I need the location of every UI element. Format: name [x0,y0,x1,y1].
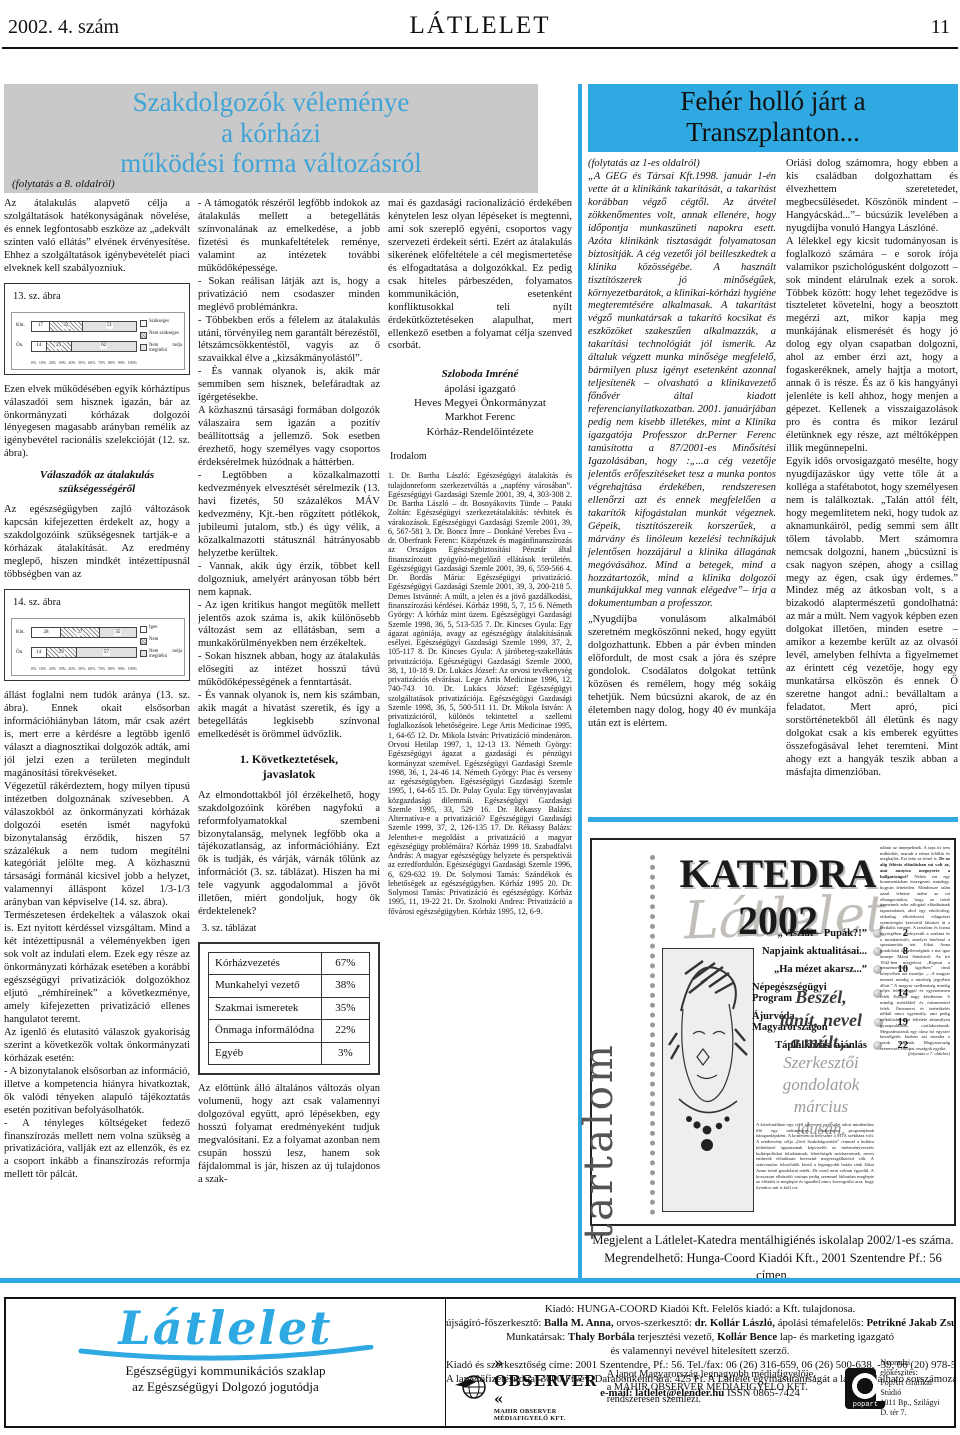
bar-category: Ön. [16,650,31,656]
table-row: Egyéb3% [209,1042,370,1065]
column2-paragraphs: Az elmondottakból jól érzékelhető, hogy … [198,790,380,920]
bar-category: Kht. [16,630,31,636]
legend-swatch [140,320,147,327]
column2-paragraphs: Az előttünk álló általános változás olya… [198,1083,380,1187]
table-row: Önmaga informálódna22% [209,1020,370,1043]
stacked-bar: 14 29 57 [31,647,137,658]
table-3: Kórházvezetés67% Munkahelyi vezető38% Sz… [208,952,370,1066]
header-rule [2,47,958,49]
popart-block: popart Nyomdai előkészítés: PopArt Grafi… [845,1358,948,1418]
stacked-bar: 14 24 62 [31,341,137,352]
masthead: LÁTLELET [0,12,960,40]
left-article-column-3: mai és gazdasági racionalizáció érdekébe… [388,198,572,1273]
legend-swatch [140,650,147,657]
signature-block: Szloboda Imréné ápolási igazgató Heves M… [388,367,572,438]
table-row: Kórházvezetés67% [209,952,370,975]
continuation-note-left: (folytatás a 8. oldalról) [12,178,115,190]
observer-globe-icon [454,1373,488,1404]
legend-swatch [140,638,147,645]
figure-14-caption: 14. sz. ábra [13,597,185,610]
literature-heading: Irodalom [390,451,572,463]
bar-category: Ön. [16,343,31,349]
footer-divider [0,1278,960,1283]
left-article-title-box: Szakdolgozók véleménye a kórházi működés… [4,84,538,193]
section-subhead: Válaszadók az átalakulás szükségességérő… [8,469,186,496]
figure-13-box: 13. sz. ábra Kht. 17 32 51 Ön. 14 24 62 [4,283,190,375]
left-article-column-1: Az átalakulás alapvető célja a szolgálta… [4,198,190,1273]
legend: Igen Nem Nem tudja megítélni [140,625,182,664]
katedra-fine-print-left: A közelmúltban egy civil szervezet egyes… [756,1122,874,1218]
legend-swatch [140,332,147,339]
page-number: 11 [931,16,950,39]
fine-print-continuation: (folytatás a 7. oldalon) [880,1051,950,1057]
popart-logo-icon: popart [845,1368,876,1408]
table-3-box: Kórházvezetés67% Munkahelyi vezető38% Sz… [198,942,380,1076]
popart-credit-lines: Nyomdai előkészítés: PopArt Grafikai Stú… [880,1358,948,1418]
popart-wordmark: popart [845,1401,885,1409]
table-3-caption: 3. sz. táblázat [202,923,380,935]
left-article-column-2: - A támogatók részéről legfőbb indokok a… [198,198,380,1273]
observer-company: MAHIR OBSERVER MÉDIAFIGYELŐ KFT. [494,1408,601,1422]
x-axis-ticks: 0%10%20%30%40%50%60%70%80%90%100% [31,667,137,672]
katedra-order-note: Megjelent a Látlelet-Katedra mentálhigié… [588,1232,958,1285]
observer-wordmark: » OBSERVER « [494,1354,601,1408]
legend-swatch [140,626,147,633]
latlelet-logo: Látlelet [6,1305,445,1351]
conclusions-heading: 1. Következtetések, javaslatok [200,752,378,782]
right-article-divider [588,817,958,822]
footer-left-tagline: Egészségügyi kommunikációs szaklap az Eg… [6,1363,445,1396]
face-sketch-drawing [663,949,751,1209]
footer-logo-box: Látlelet Egészségügyi kommunikációs szak… [4,1297,447,1428]
column2-paragraphs: - A támogatók részéről legfőbb indokok a… [198,198,380,742]
right-article-title: Fehér holló járt a Transzplanton... [588,84,958,148]
figure-14-chart: Kht. 28 37 35 Ön. 14 29 57 0%10%20%30%4 [11,618,185,676]
right-article-column-b: Óriási dolog számomra, hogy ebben a kis … [786,158,958,812]
legend: Szükséges Nem szükséges Nem tudja megíté… [140,319,182,358]
tartalom-vertical-label: tartalom [576,1042,622,1240]
signature-name: Szloboda Imréné [388,367,572,381]
figure-13-caption: 13. sz. ábra [13,291,185,304]
table-row: Szakmai ismeretek35% [209,997,370,1020]
right-article-column-a: (folytatás az 1-es oldalról) „A GEG és T… [588,158,776,812]
x-axis-ticks: 0%10%20%30%40%50%60%70%80%90%100% [31,361,137,366]
column1-paragraphs: Az átalakulás alapvető célja a szolgálta… [4,198,190,276]
observer-caption: A lapot Magyarország legnagyobb médiafig… [607,1369,840,1406]
right-article-title-box: Fehér holló járt a Transzplanton... [588,84,958,152]
katedra-illustration [662,948,754,1212]
bar-category: Kht. [16,323,31,329]
stacked-bar: 28 37 35 [31,627,137,638]
left-article-title: Szakdolgozók véleménye a kórházi működés… [4,84,538,179]
column1-paragraphs: Az egészségügyben zajló változások kapcs… [4,504,190,582]
column3-paragraphs: mai és gazdasági racionalizáció érdekébe… [388,198,572,353]
legend-swatch [140,344,147,351]
table-row: Munkahelyi vezető38% [209,975,370,998]
dotted-divider [650,855,655,1215]
newspaper-page: 2002. 4. szám LÁTLELET 11 Szakdolgozók v… [0,0,960,1435]
column1-paragraphs: állást foglalni nem tudók aránya (13. sz… [4,690,190,1182]
quoted-reference-text: (folytatás az 1-es oldalról) „A GEG és T… [588,158,776,611]
footer-imprint-box: Kiadó: HUNGA-COORD Kiadói Kft. Felelős k… [446,1297,956,1428]
stacked-bar: 17 32 51 [31,321,137,332]
figure-13-chart: Kht. 17 32 51 Ön. 14 24 62 0%10%20%30%4 [11,312,185,370]
farewell-quote: „Nyugdíjba vonulásom alkalmából szeretné… [588,614,776,731]
column-b-paragraphs: Óriási dolog számomra, hogy ebben a kis … [786,158,958,780]
column1-paragraphs: Ezen elvek működésében egyik kórháztípus… [4,384,190,462]
katedra-fine-print-right: nálnia az ünnepeltnek. A taps itt sem mű… [880,845,950,1217]
editorial-title: Beszél, tanít, nevel a múlt... [756,986,886,1054]
fine-print-body: Nehéz ezt egy kommentárban összegezni, m… [880,874,950,1051]
observer-logo: » OBSERVER « MAHIR OBSERVER MÉDIAFIGYELŐ… [494,1354,601,1422]
figure-14-box: 14. sz. ábra Kht. 28 37 35 Ön. 14 29 57 [4,589,190,681]
references-text: 1. Dr. Bartha László: Egészségügyi átala… [388,471,572,916]
